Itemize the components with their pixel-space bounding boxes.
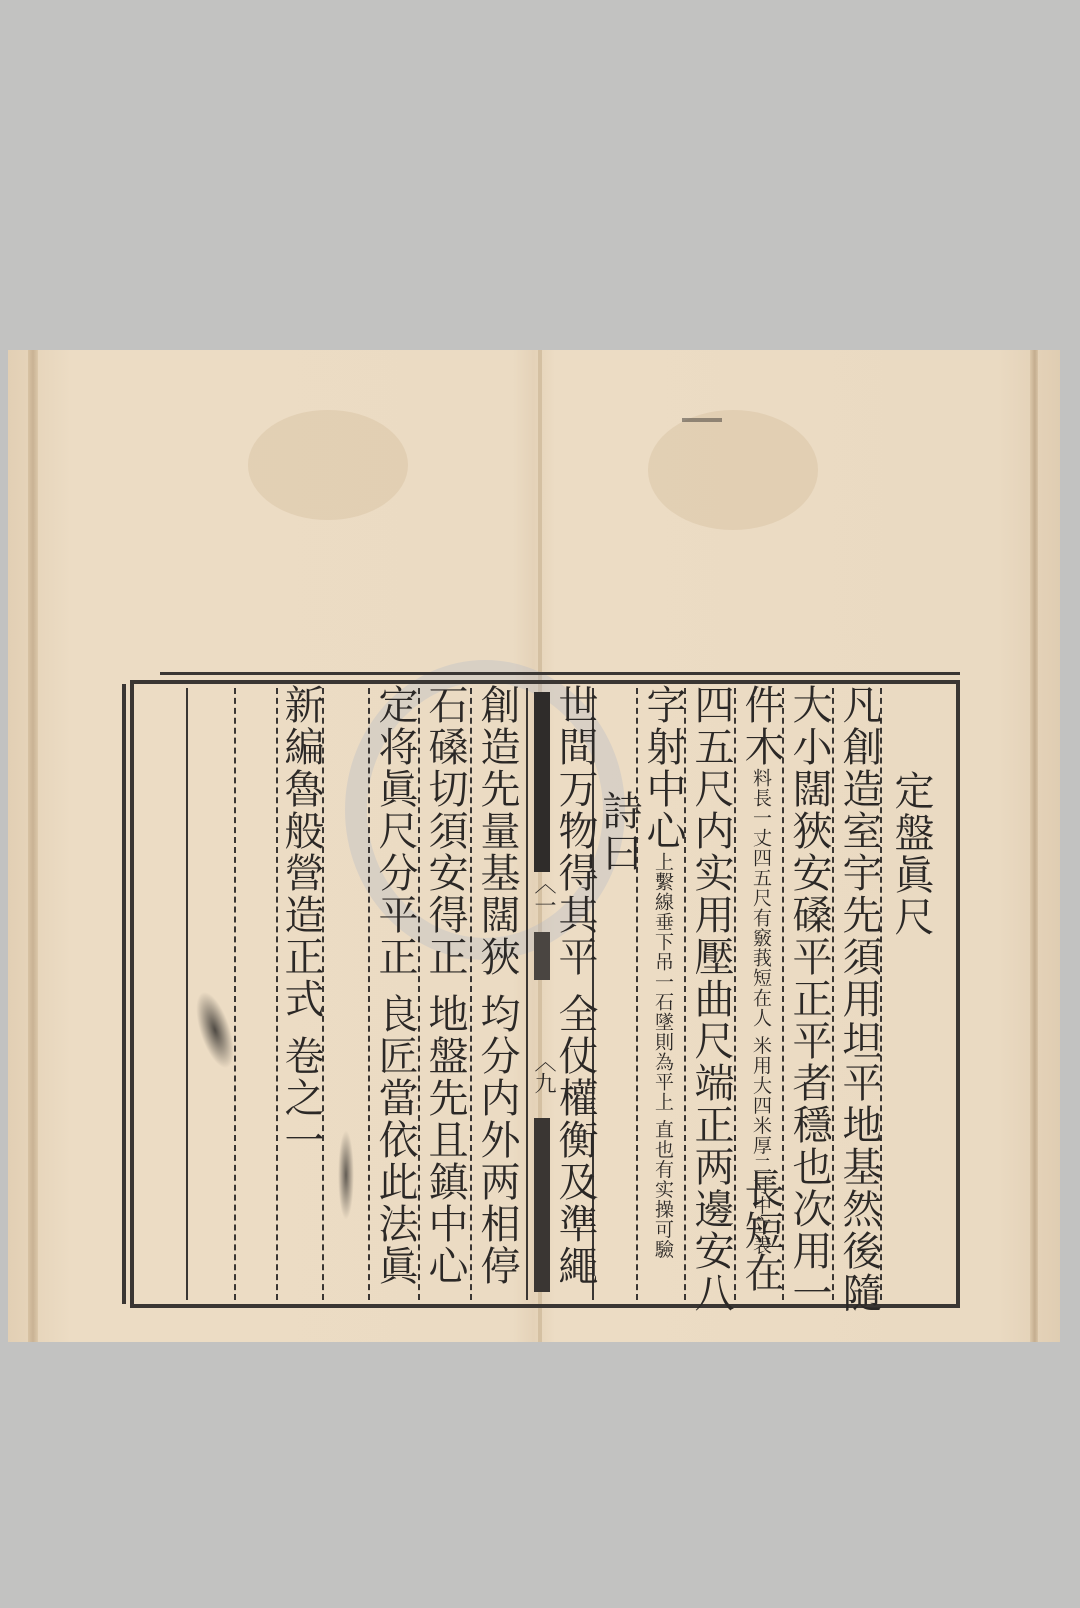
book-title-column: 新編魯般營造正式 卷之一 bbox=[278, 684, 324, 1304]
column-rule bbox=[234, 688, 236, 1300]
column-rule bbox=[368, 688, 370, 1300]
frame-top-line bbox=[160, 672, 960, 675]
text-main: 字射中心 bbox=[640, 684, 686, 852]
text-column: 凡創造室宇先須用坦平地基然後隨 bbox=[836, 684, 882, 1304]
column-rule bbox=[470, 688, 472, 1300]
column-rule bbox=[734, 688, 736, 1300]
text-column: 四五尺内实用壓曲尺端正两邊安八 bbox=[688, 684, 734, 1304]
text-main: 件木 bbox=[738, 684, 784, 768]
right-page-edge bbox=[1030, 350, 1038, 1342]
section-title: 定盤眞尺 bbox=[888, 770, 934, 1390]
ink-smudge bbox=[338, 1130, 354, 1220]
column-rule bbox=[526, 688, 528, 1300]
text-column: 大小闊狹安磉平正平者穩也次用一 bbox=[786, 684, 832, 1304]
fishtail-ornament bbox=[534, 692, 550, 1292]
text-column: 件木料長一丈四五尺有竅莪短在人 米用大四米厚二寸中立表長短在 bbox=[738, 684, 784, 1304]
column-rule bbox=[832, 688, 834, 1300]
frame-outer-left-line bbox=[122, 684, 126, 1304]
column-rule bbox=[186, 688, 188, 1300]
annotation-note: 料長一丈四五尺有竅莪短在人 米用大四米厚二寸中立表 bbox=[751, 768, 771, 1168]
poem-line: 石磉切須安得正 地盤先且鎮中心 bbox=[422, 684, 468, 1304]
poem-line: 世間万物得其平 全仗權衡及準繩 bbox=[552, 684, 598, 1304]
paper-stain bbox=[248, 410, 408, 520]
left-page-edge bbox=[28, 350, 38, 1342]
paper-stain bbox=[648, 410, 818, 530]
poem-line: 定将眞尺分平正 良匠當依此法眞 bbox=[372, 684, 418, 1304]
annotation-note: 上繫線垂下吊一石墜則為平上 直也有实操可驗 bbox=[653, 852, 673, 1272]
ink-mark bbox=[682, 418, 722, 422]
text-main: 長短在 bbox=[738, 1168, 784, 1294]
text-column: 字射中心上繫線垂下吊一石墜則為平上 直也有实操可驗 bbox=[640, 684, 686, 1304]
column-rule bbox=[418, 688, 420, 1300]
poem-line: 創造先量基闊狹 均分内外两相停 bbox=[474, 684, 520, 1304]
poem-label: 詩曰 bbox=[596, 790, 642, 1410]
